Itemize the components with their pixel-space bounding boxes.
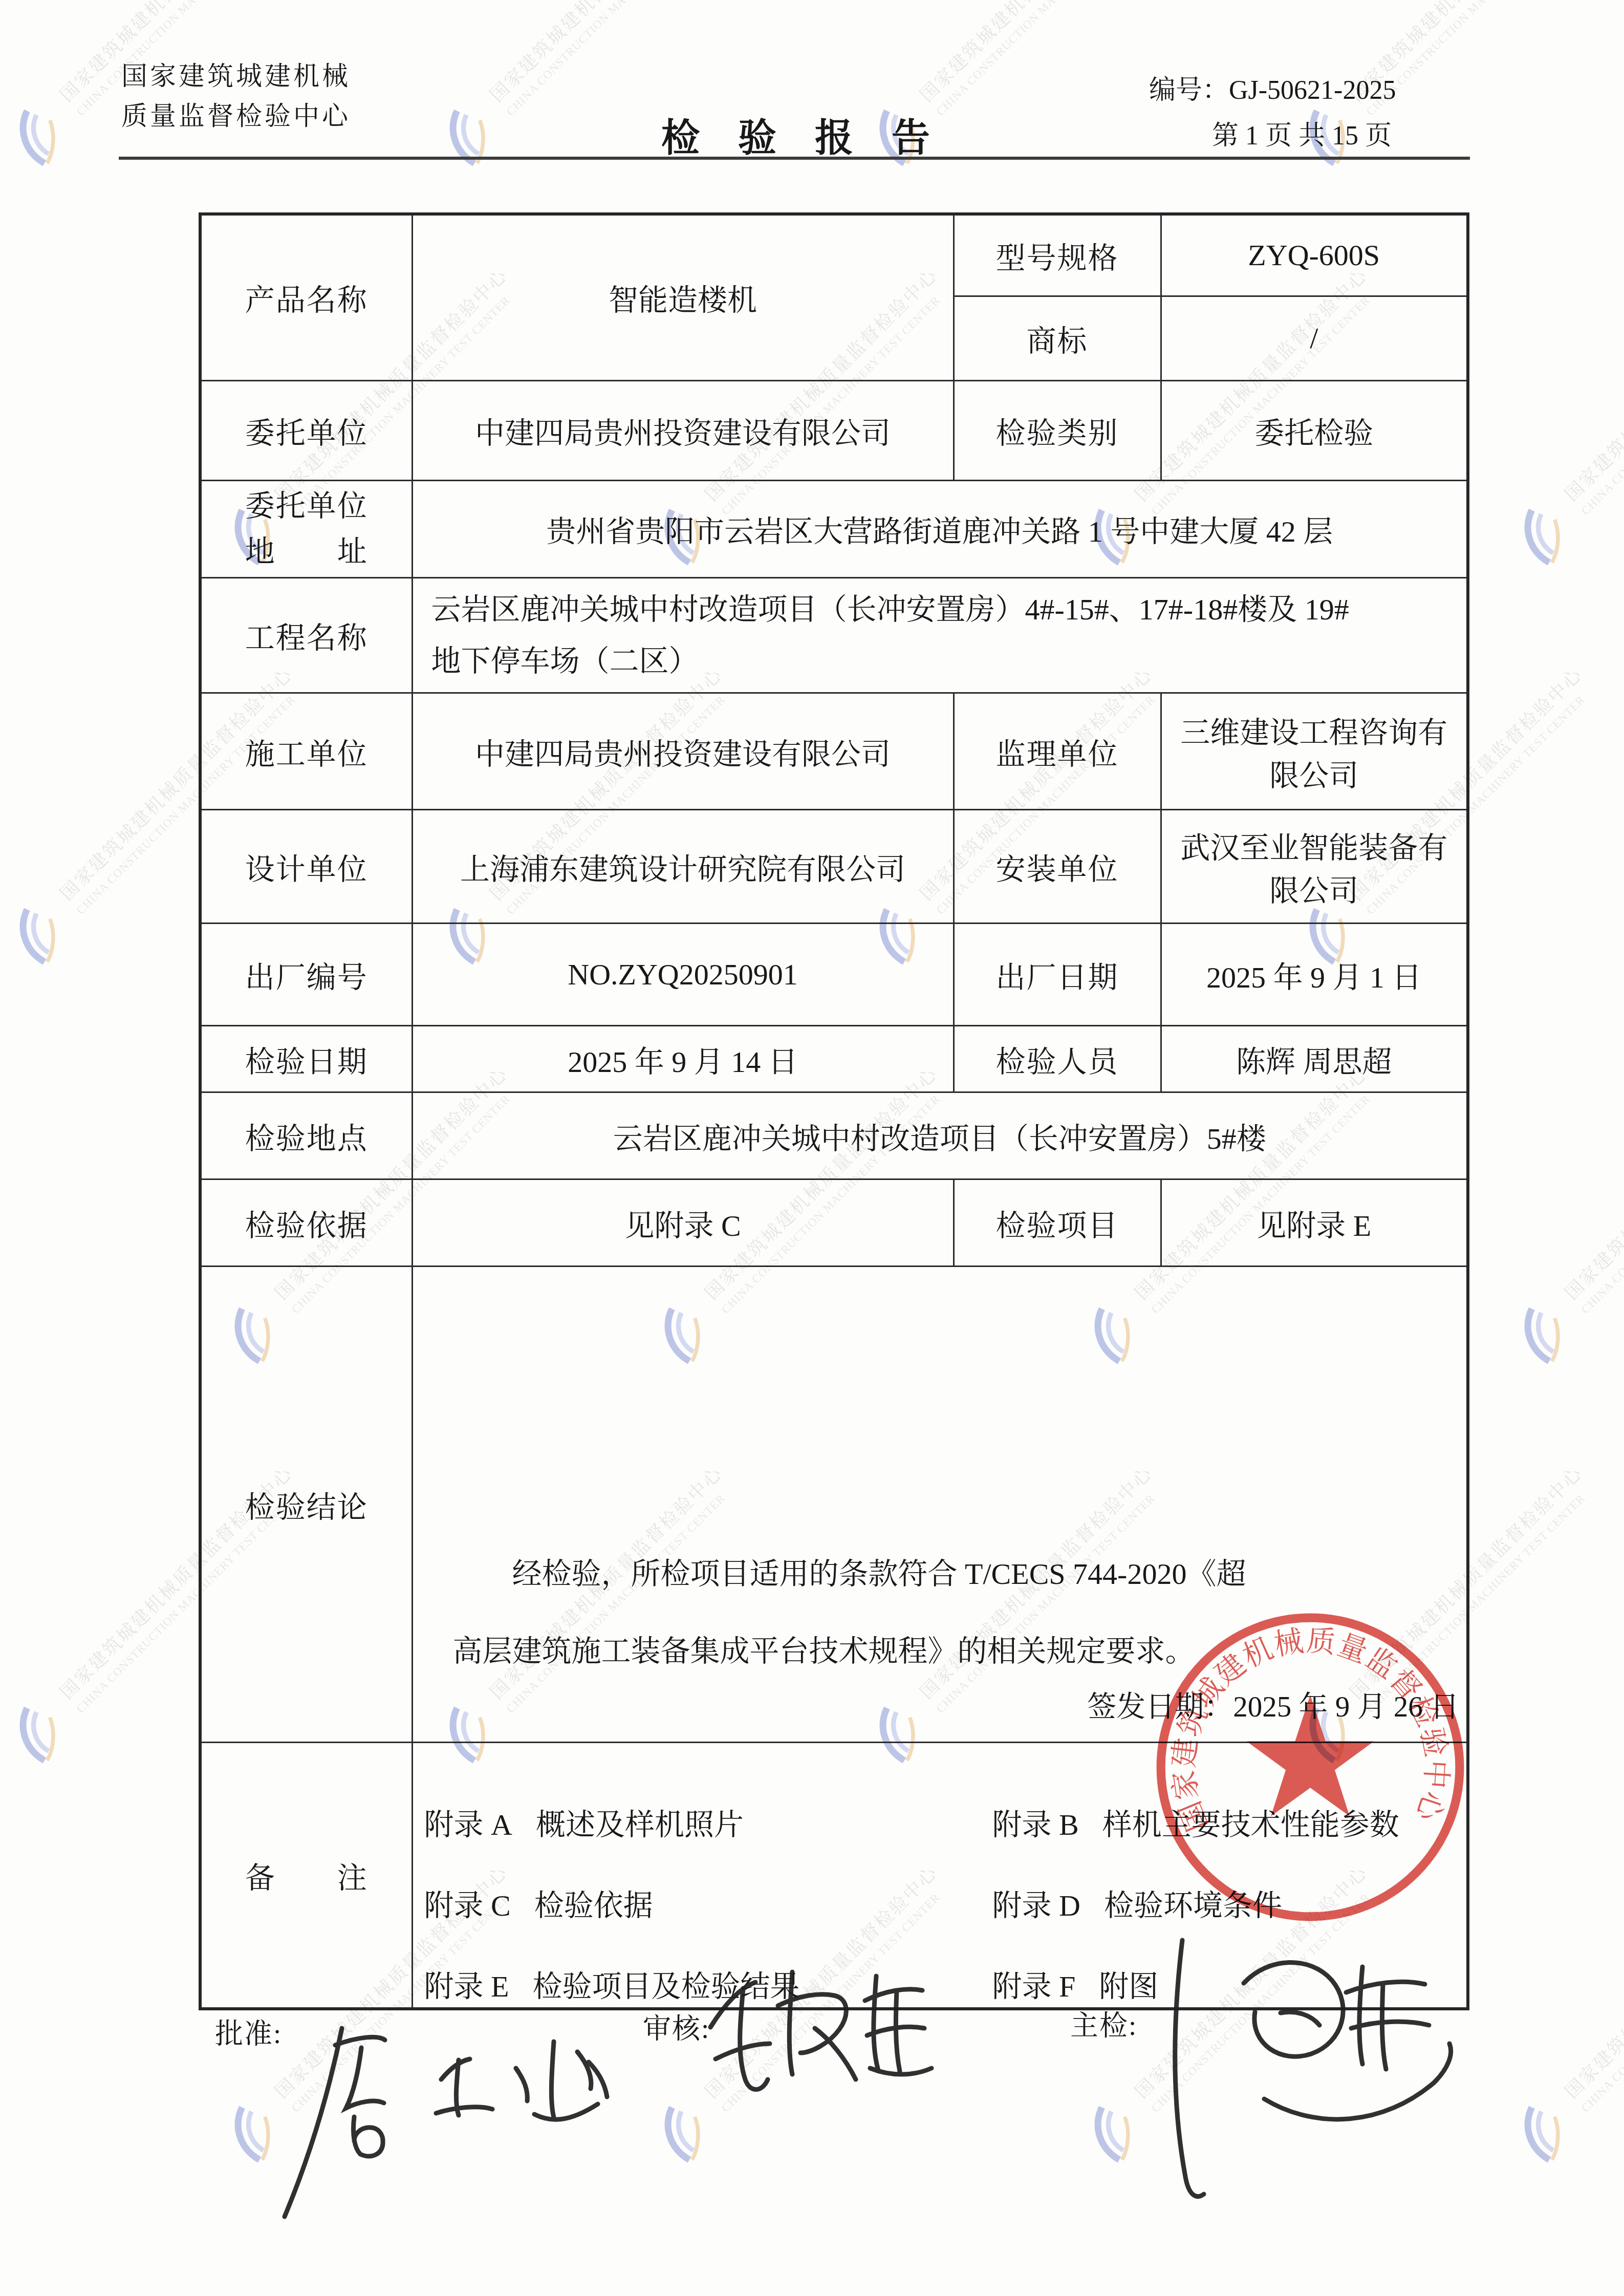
appendix-item: 附录 D 检验环境条件 xyxy=(992,1881,1282,1924)
inspection-items-value: 见附录 E xyxy=(1161,1179,1468,1267)
center-logo-icon xyxy=(0,1686,82,1777)
appendix-title: 检验依据 xyxy=(534,1881,653,1924)
factory-date-label: 出厂日期 xyxy=(954,924,1161,1026)
report-table: 产品名称 智能造楼机 型号规格 ZYQ-600S 商标 / 委托单位 中建四局贵… xyxy=(199,212,1469,2010)
trademark-label: 商标 xyxy=(954,296,1161,380)
client-address-label-line2: 地 址 xyxy=(206,529,407,575)
remarks-label: 备 注 xyxy=(200,1743,412,2009)
table-row: 设计单位 上海浦东建筑设计研究院有限公司 安装单位 武汉至业智能装备有限公司 xyxy=(200,810,1468,924)
center-logo-icon xyxy=(0,89,82,180)
table-row: 检验日期 2025 年 9 月 14 日 检验人员 陈辉 周思超 xyxy=(200,1026,1468,1092)
watermark: 国家建筑城建机械质量监督检验中心CHINA CONSTRUCTION MACHI… xyxy=(1497,235,1624,579)
appendix-list: 附录 A 概述及样机照片 附录 B 样机主要技术性能参数 附录 C 检验依据 xyxy=(417,1745,1463,2005)
center-logo-icon xyxy=(0,888,82,978)
appendix-item: 附录 E 检验项目及检验结果 xyxy=(424,1962,992,2005)
appendix-title: 样机主要技术性能参数 xyxy=(1102,1800,1399,1843)
appendix-row: 附录 C 检验依据 附录 D 检验环境条件 xyxy=(424,1881,1463,1924)
factory-no-value: NO.ZYQ20250901 xyxy=(412,924,954,1026)
trademark-value: / xyxy=(1161,296,1468,380)
appendix-code: 附录 B xyxy=(992,1800,1079,1843)
inspectors-label: 检验人员 xyxy=(954,1026,1161,1092)
appendix-item: 附录 C 检验依据 xyxy=(424,1881,992,1924)
center-logo-icon xyxy=(1497,1287,1587,1378)
factory-date-value: 2025 年 9 月 1 日 xyxy=(1161,924,1468,1026)
design-unit-value: 上海浦东建筑设计研究院有限公司 xyxy=(412,810,954,924)
inspection-place-value: 云岩区鹿冲关城中村改造项目（长冲安置房）5#楼 xyxy=(412,1092,1468,1179)
installation-unit-label: 安装单位 xyxy=(954,810,1161,924)
appendix-code: 附录 F xyxy=(992,1962,1076,2005)
inspection-date-value: 2025 年 9 月 14 日 xyxy=(412,1026,954,1092)
table-row: 检验依据 见附录 C 检验项目 见附录 E xyxy=(200,1179,1468,1267)
inspection-items-label: 检验项目 xyxy=(954,1179,1161,1267)
appendix-title: 检验环境条件 xyxy=(1104,1881,1282,1924)
design-unit-label: 设计单位 xyxy=(200,810,412,924)
remarks-cell: 附录 A 概述及样机照片 附录 B 样机主要技术性能参数 附录 C 检验依据 xyxy=(412,1743,1468,2009)
report-number: 编号：GJ-50621-2025 xyxy=(1149,68,1396,106)
issuing-org-name: 国家建筑城建机械 质量监督检验中心 xyxy=(121,57,351,137)
watermark-text: 国家建筑城建机械质量监督检验中心CHINA CONSTRUCTION MACHI… xyxy=(913,0,1169,118)
client-label: 委托单位 xyxy=(200,380,412,480)
org-name-line2: 质量监督检验中心 xyxy=(121,97,351,137)
supervision-unit-value: 三维建设工程咨询有限公司 xyxy=(1161,693,1468,810)
appendix-item: 附录 F 附图 xyxy=(992,1962,1159,2005)
center-logo-icon xyxy=(1067,2086,1157,2176)
page-indicator: 第 1 页 共 15 页 xyxy=(1212,114,1392,152)
project-name-line1: 云岩区鹿冲关城中村改造项目（长冲安置房）4#-15#、17#-18#楼及 19# xyxy=(417,584,1463,636)
inspection-place-label: 检验地点 xyxy=(200,1092,412,1179)
issue-date: 签发日期：2025 年 9 月 26 日 xyxy=(1087,1683,1459,1725)
model-label: 型号规格 xyxy=(954,214,1161,296)
appendix-code: 附录 C xyxy=(424,1881,511,1924)
supervision-unit-label: 监理单位 xyxy=(954,693,1161,810)
watermark: 国家建筑城建机械质量监督检验中心CHINA CONSTRUCTION MACHI… xyxy=(1497,1034,1624,1378)
table-row: 出厂编号 NO.ZYQ20250901 出厂日期 2025 年 9 月 1 日 xyxy=(200,924,1468,1026)
client-address-label-line1: 委托单位 xyxy=(206,483,407,529)
center-logo-icon xyxy=(422,89,512,180)
table-row: 工程名称 云岩区鹿冲关城中村改造项目（长冲安置房）4#-15#、17#-18#楼… xyxy=(200,578,1468,693)
model-value: ZYQ-600S xyxy=(1161,214,1468,296)
appendix-item: 附录 A 概述及样机照片 xyxy=(424,1800,992,1843)
watermark: 国家建筑城建机械质量监督检验中心CHINA CONSTRUCTION MACHI… xyxy=(1497,1832,1624,2176)
table-row: 委托单位 中建四局贵州投资建设有限公司 检验类别 委托检验 xyxy=(200,380,1468,480)
report-title: 检 验 报 告 xyxy=(661,108,930,162)
project-name-label: 工程名称 xyxy=(200,578,412,693)
watermark-text: 国家建筑城建机械质量监督检验中心CHINA CONSTRUCTION MACHI… xyxy=(1558,1859,1624,2115)
appendix-item: 附录 B 样机主要技术性能参数 xyxy=(992,1800,1399,1843)
table-row: 备 注 附录 A 概述及样机照片 附录 B 样机主要技术性能参数 xyxy=(200,1743,1468,2009)
client-address-label: 委托单位 地 址 xyxy=(200,480,412,578)
project-name-value: 云岩区鹿冲关城中村改造项目（长冲安置房）4#-15#、17#-18#楼及 19#… xyxy=(412,578,1468,693)
inspection-date-label: 检验日期 xyxy=(200,1026,412,1092)
factory-no-label: 出厂编号 xyxy=(200,924,412,1026)
table-row: 委托单位 地 址 贵州省贵阳市云岩区大营路街道鹿冲关路 1 号中建大厦 42 层 xyxy=(200,480,1468,578)
center-logo-icon xyxy=(1497,2086,1587,2176)
watermark-text: 国家建筑城建机械质量监督检验中心CHINA CONSTRUCTION MACHI… xyxy=(483,0,739,118)
appendix-row: 附录 A 概述及样机照片 附录 B 样机主要技术性能参数 xyxy=(424,1800,1463,1843)
center-logo-icon xyxy=(1497,488,1587,579)
appendix-row: 附录 E 检验项目及检验结果 附录 F 附图 xyxy=(424,1962,1463,2005)
appendix-code: 附录 E xyxy=(424,1962,509,2005)
scanned-inspection-report-page: 国家建筑城建机械质量监督检验中心CHINA CONSTRUCTION MACHI… xyxy=(0,0,1624,2296)
appendix-title: 附图 xyxy=(1099,1962,1158,2005)
inspection-basis-value: 见附录 C xyxy=(412,1179,954,1267)
appendix-code: 附录 D xyxy=(992,1881,1080,1924)
table-row: 检验地点 云岩区鹿冲关城中村改造项目（长冲安置房）5#楼 xyxy=(200,1092,1468,1179)
conclusion-cell: 经检验，所检项目适用的条款符合 T/CECS 744-2020《超高层建筑施工装… xyxy=(412,1267,1468,1743)
construction-unit-value: 中建四局贵州投资建设有限公司 xyxy=(412,693,954,810)
table-row: 产品名称 智能造楼机 型号规格 ZYQ-600S xyxy=(200,214,1468,296)
client-address-value: 贵州省贵阳市云岩区大营路街道鹿冲关路 1 号中建大厦 42 层 xyxy=(412,480,1468,578)
center-logo-icon xyxy=(207,2086,297,2176)
inspection-basis-label: 检验依据 xyxy=(200,1179,412,1267)
review-label: 审核: xyxy=(643,2006,710,2046)
appendix-title: 概述及样机照片 xyxy=(536,1800,744,1843)
org-name-line1: 国家建筑城建机械 xyxy=(121,57,351,97)
product-name-label: 产品名称 xyxy=(200,214,412,380)
inspection-type-label: 检验类别 xyxy=(954,380,1161,480)
center-logo-icon xyxy=(637,2086,727,2176)
conclusion-text: 经检验，所检项目适用的条款符合 T/CECS 744-2020《超高层建筑施工装… xyxy=(453,1536,1251,1690)
approve-label: 批准: xyxy=(215,2011,282,2051)
installation-unit-value: 武汉至业智能装备有限公司 xyxy=(1161,810,1468,924)
appendix-code: 附录 A xyxy=(424,1800,512,1843)
inspection-type-value: 委托检验 xyxy=(1161,380,1468,480)
product-name-value: 智能造楼机 xyxy=(412,214,954,380)
client-value: 中建四局贵州投资建设有限公司 xyxy=(412,380,954,480)
table-row: 检验结论 经检验，所检项目适用的条款符合 T/CECS 744-2020《超高层… xyxy=(200,1267,1468,1743)
appendix-title: 检验项目及检验结果 xyxy=(532,1962,799,2005)
chief-label: 主检: xyxy=(1070,2003,1137,2043)
watermark-text: 国家建筑城建机械质量监督检验中心CHINA CONSTRUCTION MACHI… xyxy=(1558,1060,1624,1316)
header-rule xyxy=(119,157,1470,160)
project-name-line2: 地下停车场（二区） xyxy=(417,635,1463,688)
table-row: 施工单位 中建四局贵州投资建设有限公司 监理单位 三维建设工程咨询有限公司 xyxy=(200,693,1468,810)
inspectors-value: 陈辉 周思超 xyxy=(1161,1026,1468,1092)
construction-unit-label: 施工单位 xyxy=(200,693,412,810)
approver-signature xyxy=(285,2028,607,2217)
conclusion-label: 检验结论 xyxy=(200,1267,412,1743)
watermark-text: 国家建筑城建机械质量监督检验中心CHINA CONSTRUCTION MACHI… xyxy=(1558,262,1624,518)
